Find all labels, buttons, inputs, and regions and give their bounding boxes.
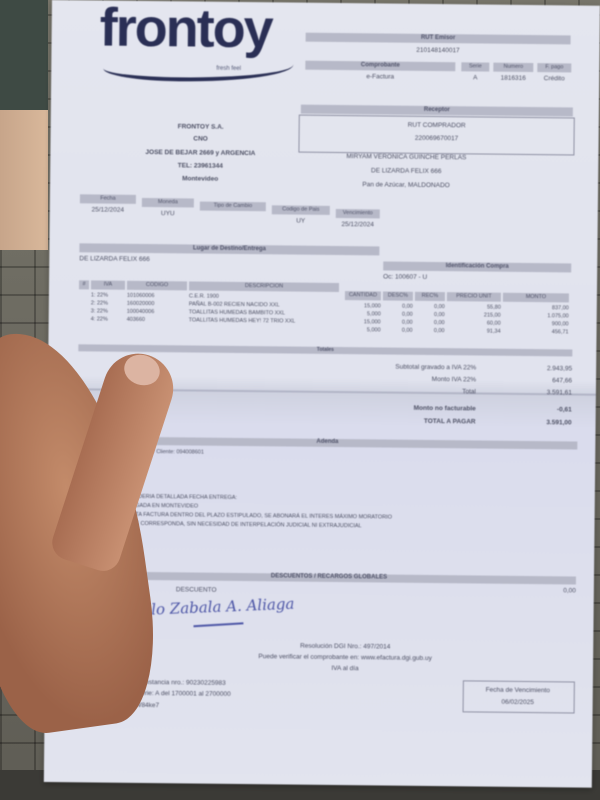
items-cell: 101060006	[127, 293, 187, 300]
items-cell: 100040006	[127, 309, 187, 316]
vencimiento-value: 06/02/2025	[463, 698, 573, 706]
items-cell: 0,00	[383, 327, 413, 333]
serie-label: Serie	[461, 62, 489, 71]
serie-value: A	[461, 74, 489, 81]
logo-swoosh-icon	[103, 51, 293, 83]
constancia-text: Constancia nro.: 90230225983	[137, 679, 226, 687]
numero-value: 1816316	[493, 75, 533, 82]
items-column-header: PRECIO UNIT	[447, 292, 501, 302]
header-field-value: UY	[272, 217, 330, 225]
items-column-header: DESC%	[383, 291, 413, 300]
receptor-address: DE LIZARDA FELIX 666	[270, 166, 542, 176]
rut-emisor-value: 210148140017	[305, 46, 570, 56]
logo-tagline: fresh feel	[216, 66, 241, 72]
signature-underline	[193, 622, 243, 627]
total-label: Total	[462, 388, 476, 395]
items-cell: 0,00	[415, 312, 445, 318]
total-a-pagar-value: 3.591,00	[546, 419, 571, 426]
header-field-label: Codigo de Pais	[272, 205, 330, 215]
items-column-header: CANTIDAD	[345, 291, 381, 300]
vencimiento-box	[463, 680, 575, 713]
items-cell: 160020000	[127, 301, 187, 308]
items-cell: 0,00	[415, 328, 445, 334]
items-cell: 4: 22%	[91, 316, 125, 322]
identificacion-value: Oc: 100607 - U	[383, 273, 427, 280]
items-column-header: REC%	[415, 292, 445, 301]
pago-label: F. pago	[537, 63, 571, 72]
items-column-header: DESCRIPCION	[189, 281, 339, 292]
iva-label: Monto IVA 22%	[432, 376, 476, 383]
header-field-value: UYU	[142, 210, 194, 218]
items-cell: 837,00	[503, 305, 569, 312]
items-cell: 2: 22%	[91, 300, 125, 306]
descuento-value: 0,00	[563, 587, 576, 594]
issuer-phone: TEL: 23961344	[110, 162, 290, 171]
items-cell: 91,34	[447, 328, 501, 335]
items-column-header: #	[79, 280, 89, 289]
header-field-value: 25/12/2024	[80, 206, 136, 214]
header-field-value	[200, 214, 266, 215]
receptor-city: Pan de Azúcar, MALDONADO	[270, 180, 542, 190]
iva-dia-text: IVA al día	[195, 664, 495, 674]
items-cell: 403660	[127, 317, 187, 324]
descuento-item: DESCUENTO	[176, 586, 217, 593]
items-cell: TOALLITAS HUMEDAS HEY! 72 TRIO XXL	[189, 317, 339, 325]
issuer-city: Montevideo	[110, 175, 290, 184]
header-field-label: Moneda	[142, 198, 194, 208]
wall-top	[0, 0, 48, 110]
items-cell: 5,000	[345, 311, 381, 317]
items-cell: 0,00	[383, 303, 413, 309]
items-cell: C.E.R. 1900	[189, 293, 339, 301]
items-cell: 900,00	[503, 321, 569, 328]
items-cell: 15,000	[345, 319, 381, 325]
items-column-header: IVA	[91, 280, 125, 289]
total-value: 3.591,61	[547, 389, 572, 396]
items-cell: 0,00	[415, 304, 445, 310]
redondeo-label: Monto no facturable	[414, 405, 476, 413]
entrega-value: DE LIZARDA FELIX 666	[79, 255, 150, 263]
total-a-pagar-label: TOTAL A PAGAR	[424, 418, 476, 426]
iva-value: 647,66	[552, 377, 572, 384]
items-cell: TOALLITAS HUMEDAS BAMBITO XXL	[189, 309, 339, 317]
verificar-text: Puede verificar el comprobante en: www.e…	[195, 653, 495, 663]
items-cell: 55,80	[447, 304, 501, 311]
items-cell: 1: 22%	[91, 292, 125, 298]
items-cell: 456,71	[503, 329, 569, 336]
serie-rango-text: Serie: A del 1700001 al 2700000	[137, 690, 231, 698]
items-cell: PAÑAL B-002 RECIEN NACIDO XXL	[189, 301, 339, 309]
items-cell: 1.075,00	[503, 313, 569, 320]
items-cell: 60,00	[447, 320, 501, 327]
pago-value: Crédito	[537, 75, 571, 82]
items-cell: 5,000	[345, 327, 381, 333]
header-field-label: Tipo de Cambio	[200, 202, 266, 212]
items-cell: 0,00	[415, 320, 445, 326]
issuer-branch: CNO	[111, 135, 291, 144]
items-cell: 0,00	[383, 319, 413, 325]
header-field-value: 25/12/2024	[336, 221, 380, 228]
header-field-label: Vencimiento	[336, 209, 380, 218]
items-column-header: MONTO	[503, 293, 569, 303]
subtotal-value: 2.943,95	[547, 365, 572, 372]
items-column-header: CODIGO	[127, 281, 187, 291]
comprobante-value: e-Factura	[305, 73, 455, 82]
issuer-name: FRONTOY S.A.	[111, 123, 291, 132]
redondeo-value: -0,61	[557, 406, 572, 413]
resolucion-text: Resolución DGI Nro.: 497/2014	[195, 642, 495, 652]
receptor-name: MIRYAM VERONICA GUINCHE PERLAS	[270, 152, 542, 162]
items-cell: 15,000	[345, 303, 381, 309]
subtotal-label: Subtotal gravado a IVA 22%	[395, 364, 476, 372]
items-cell: 215,00	[447, 312, 501, 319]
items-cell: 3: 22%	[91, 308, 125, 314]
items-cell: 0,00	[383, 311, 413, 317]
vencimiento-label: Fecha de Vencimiento	[463, 686, 573, 694]
numero-label: Numero	[493, 63, 533, 72]
header-field-label: Fecha	[80, 194, 136, 204]
